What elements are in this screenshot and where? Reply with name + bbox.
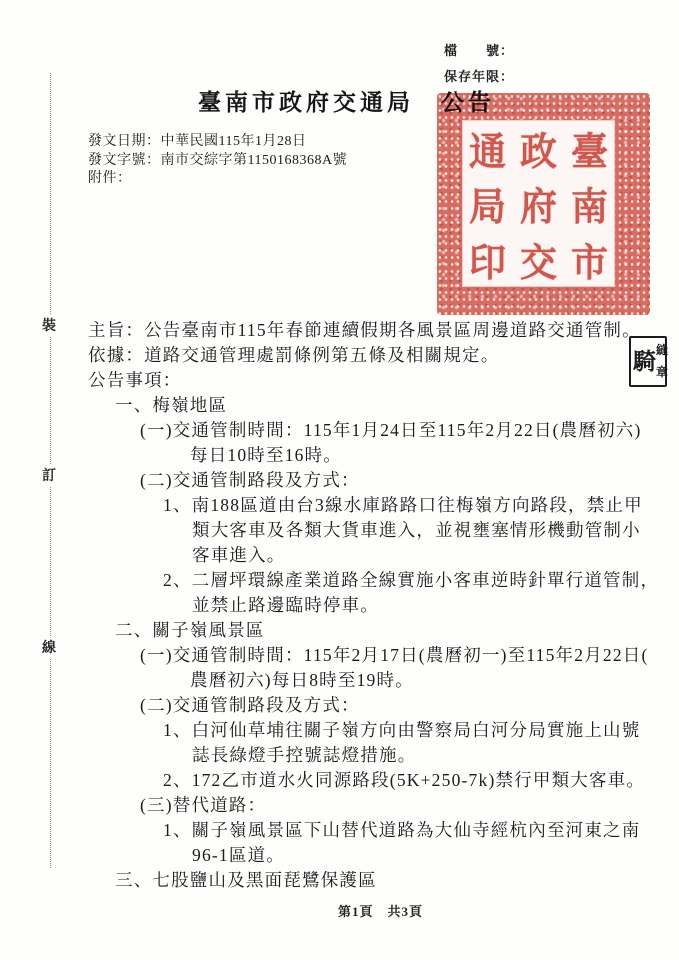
binding-char-xian: 線 [42, 636, 56, 658]
official-red-seal: 通政臺局府南印交市 [437, 93, 650, 315]
red-seal-character: 市 [571, 231, 608, 288]
document-meta: 發文日期：中華民國115年1月28日 發文字號：南市交綜字第1150168368… [88, 133, 347, 189]
document-line: 依據：道路交通管理處罰條例第五條及相關規定。 [88, 343, 673, 368]
document-line: 2、172乙市道水火同源路段(5K+250-7k)禁行甲類大客車。 [163, 768, 673, 793]
document-line: (二)交通管制路段及方式： [140, 693, 673, 718]
document-line: (三)替代道路： [140, 793, 673, 818]
document-line: 三、七股鹽山及黑面琵鷺保護區 [115, 868, 673, 893]
document-line: 主旨：公告臺南市115年春節連續假期各風景區周邊道路交通管制。 [88, 318, 673, 343]
red-seal-character: 印 [469, 231, 506, 288]
document-line: (一)交通管制時間：115年1月24日至115年2月22日(農曆初六) [140, 418, 673, 443]
document-line: 1、關子嶺風景區下山替代道路為大仙寺經杭內至河東之南 [163, 818, 673, 843]
document-line: 客車進入。 [192, 543, 673, 568]
attachment-label: 附件： [88, 170, 347, 189]
document-line: 一、梅嶺地區 [115, 393, 673, 418]
document-line: 農曆初六)每日8時至19時。 [190, 668, 673, 693]
red-seal-character: 府 [520, 175, 557, 232]
issue-date: 發文日期：中華民國115年1月28日 [88, 133, 347, 152]
red-seal-character: 臺 [571, 119, 608, 176]
page-number: 第1頁 共3頁 [338, 901, 423, 920]
document-line: 並禁止路邊臨時停車。 [192, 593, 673, 618]
document-line: (一)交通管制時間：115年2月17日(農曆初一)至115年2月22日( [140, 643, 673, 668]
red-seal-character: 局 [469, 175, 506, 232]
document-line: 公告事項： [88, 368, 673, 393]
document-line: (二)交通管制路段及方式： [140, 468, 673, 493]
red-seal-character: 政 [520, 119, 557, 176]
document-line: 1、南188區道由台3線水庫路路口往梅嶺方向路段，禁止甲 [163, 493, 673, 518]
red-seal-character: 通 [469, 119, 506, 176]
document-line: 每日10時至16時。 [190, 443, 673, 468]
doc-number: 發文字號：南市交綜字第1150168368A號 [88, 152, 347, 171]
red-seal-character: 南 [571, 175, 608, 232]
binding-char-ding: 訂 [42, 464, 56, 486]
document-line: 二、關子嶺風景區 [115, 618, 673, 643]
document-line: 1、白河仙草埔往關子嶺方向由警察局白河分局實施上山號 [163, 718, 673, 743]
binding-char-zhuang: 裝 [42, 314, 56, 336]
document-line: 96-1區道。 [192, 843, 673, 868]
archive-labels: 檔 號： 保存年限： [444, 38, 514, 90]
document-line: 2、二層坪環線產業道路全線實施小客車逆時針單行道管制， [163, 568, 673, 593]
document-line: 類大客車及各類大貨車進入，並視壅塞情形機動管制小 [192, 518, 673, 543]
document-page: 檔 號： 保存年限： 臺南市政府交通局 公告 發文日期：中華民國115年1月28… [0, 0, 679, 960]
document-line: 誌長綠燈手控號誌燈措施。 [192, 743, 673, 768]
document-body: 主旨：公告臺南市115年春節連續假期各風景區周邊道路交通管制。依據：道路交通管理… [88, 318, 673, 893]
red-seal-text-grid: 通政臺局府南印交市 [462, 120, 615, 287]
archive-no-label: 檔 號： [444, 38, 514, 64]
red-seal-character: 交 [520, 231, 557, 288]
